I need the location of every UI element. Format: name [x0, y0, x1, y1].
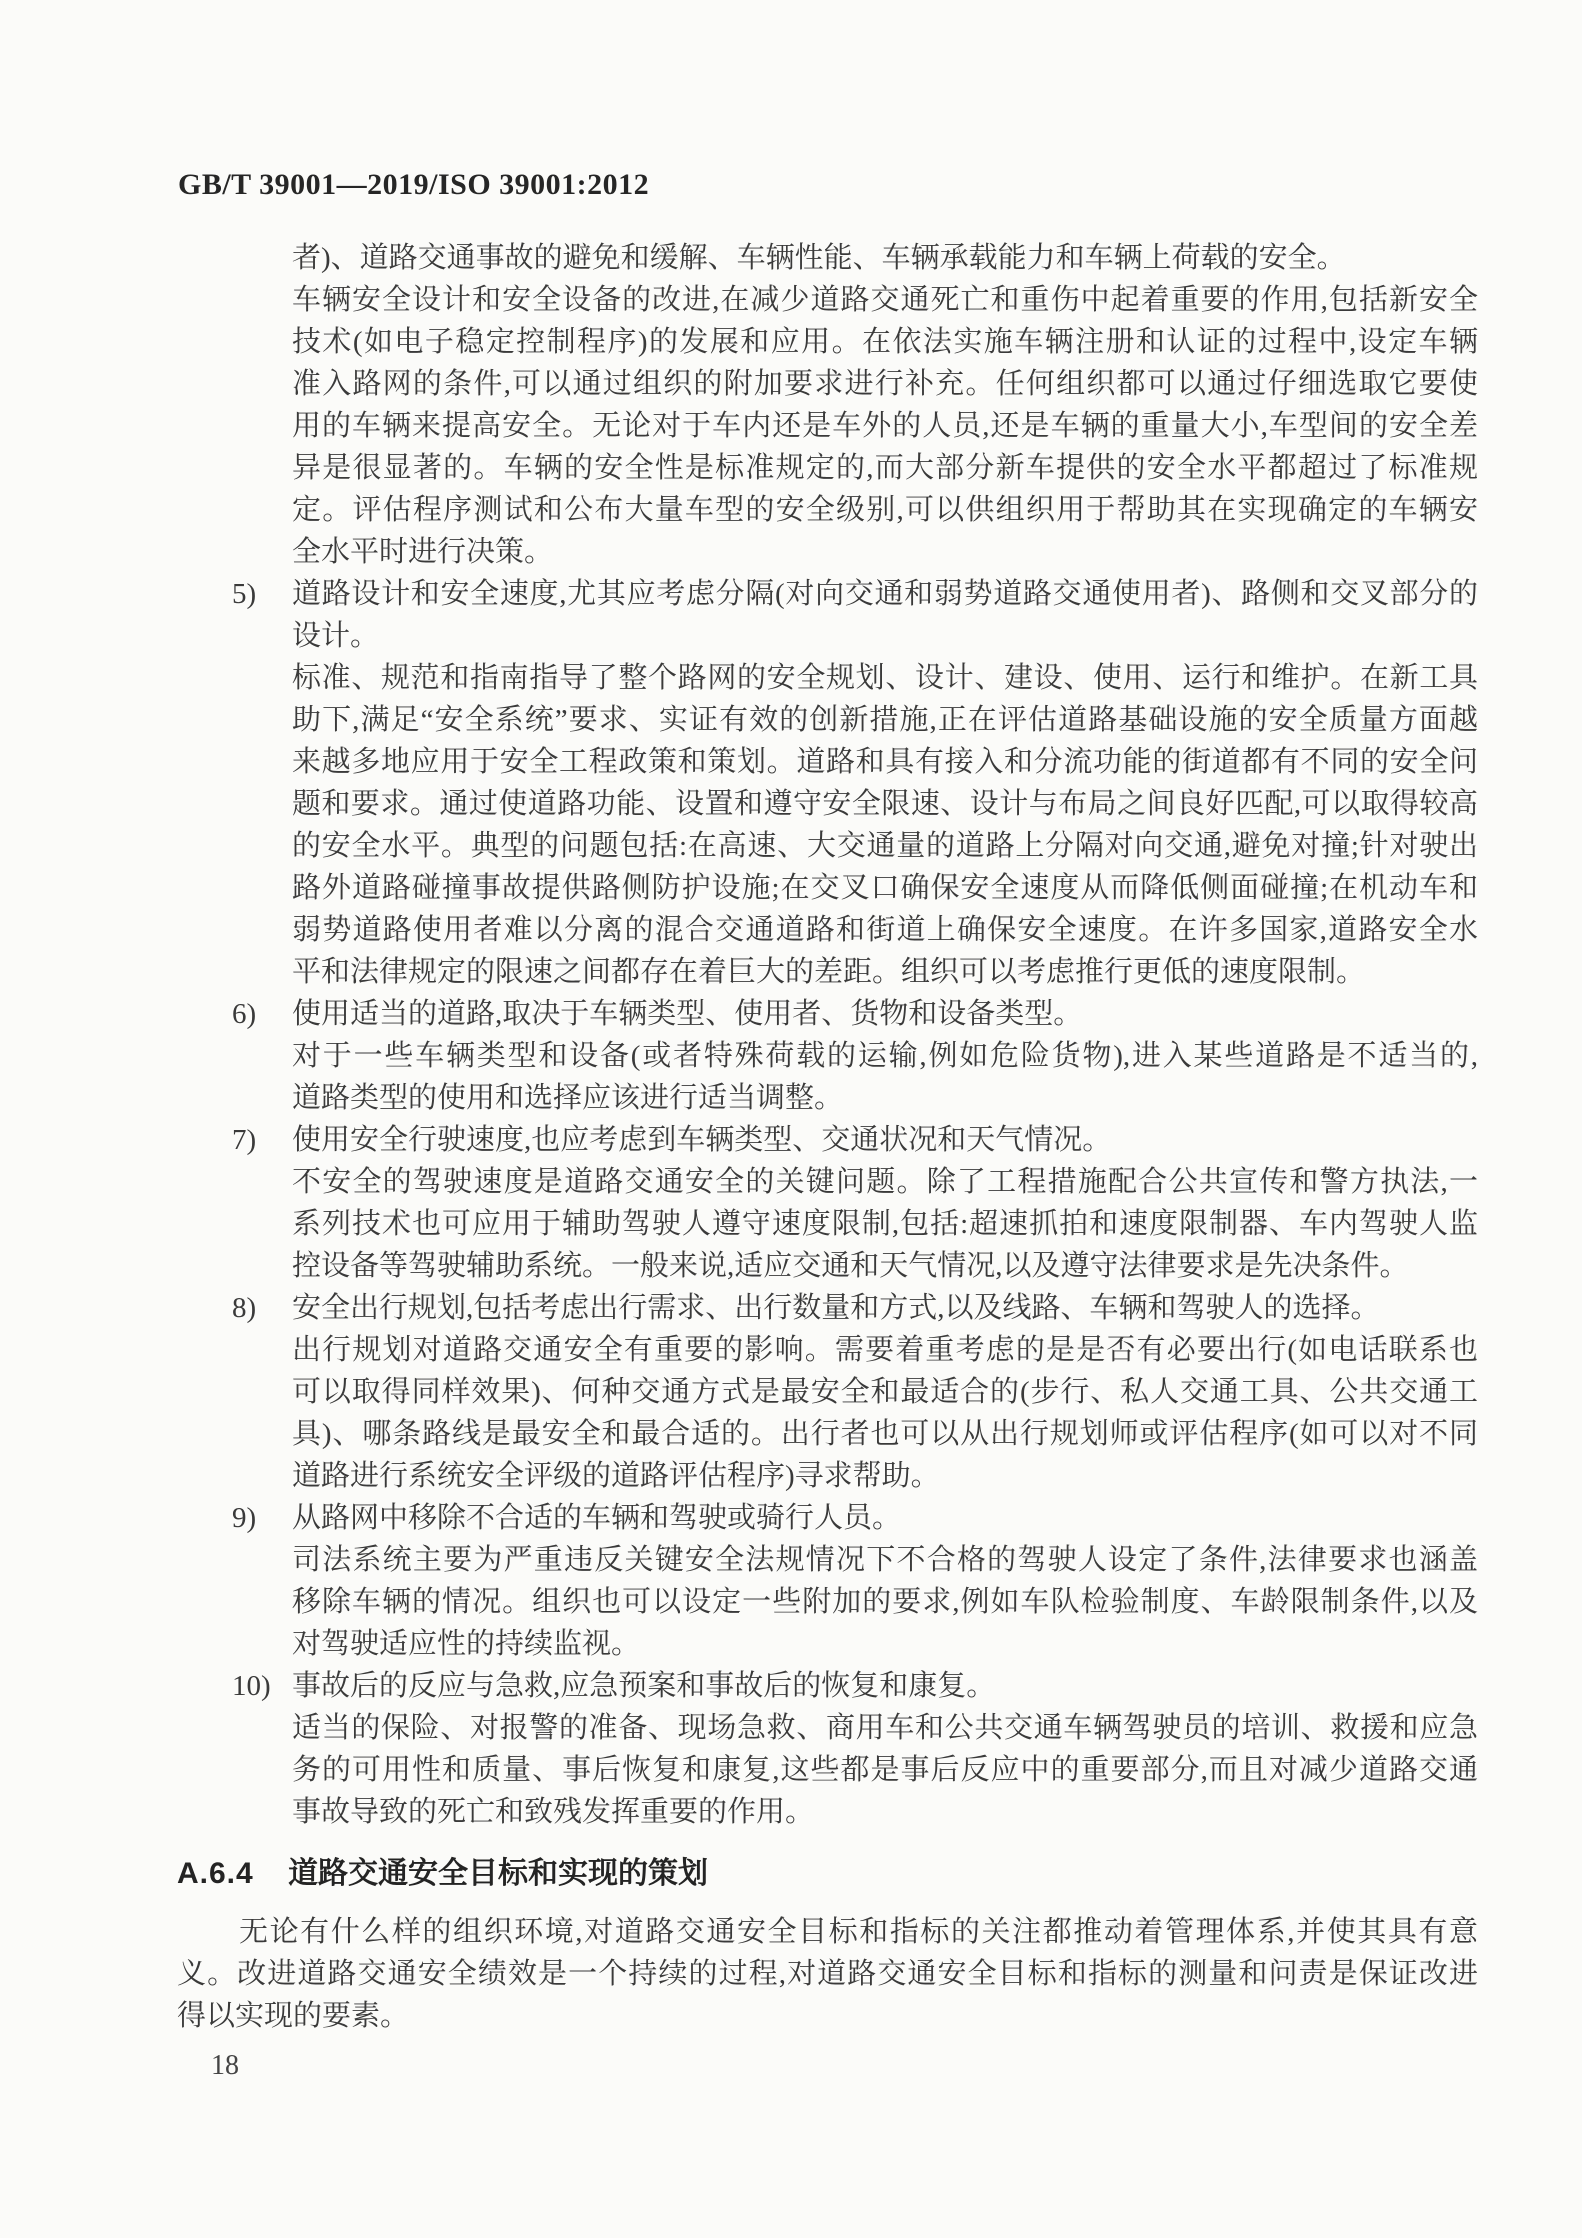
section-heading: A.6.4 道路交通安全目标和实现的策划 — [177, 1853, 1478, 1895]
line-text: 具)、哪条路线是最安全和最合适的。出行者也可以从出行规划师或评估程序(如可以对不… — [292, 1418, 1478, 1450]
list-item-line: 设计。 — [177, 615, 1478, 657]
line-text: 道路类型的使用和选择应该进行适当调整。 — [292, 1082, 843, 1114]
section-number: A.6.4 — [177, 1857, 254, 1890]
document-header: GB/T 39001—2019/ISO 39001:2012 — [178, 168, 649, 202]
list-item-line: 助下,满足“安全系统”要求、实证有效的创新措施,正在评估道路基础设施的安全质量方… — [177, 699, 1478, 741]
closing-paragraph-line: 义。改进道路交通安全绩效是一个持续的过程,对道路交通安全目标和指标的测量和问责是… — [177, 1953, 1478, 1995]
paragraph-line: 准入路网的条件,可以通过组织的附加要求进行补充。任何组织都可以通过仔细选取它要使 — [177, 363, 1478, 405]
line-text: 车辆安全设计和安全设备的改进,在减少道路交通死亡和重伤中起着重要的作用,包括新安… — [292, 284, 1478, 316]
line-text: 使用安全行驶速度,也应考虑到车辆类型、交通状况和天气情况。 — [292, 1124, 1111, 1156]
line-text: 可以取得同样效果)、何种交通方式是最安全和最适合的(步行、私人交通工具、公共交通… — [292, 1376, 1478, 1408]
list-item-line: 出行规划对道路交通安全有重要的影响。需要着重考虑的是是否有必要出行(如电话联系也 — [177, 1329, 1478, 1371]
line-text: 无论有什么样的组织环境,对道路交通安全目标和指标的关注都推动着管理体系,并使其具… — [239, 1916, 1478, 1948]
line-text: 平和法律规定的限速之间都存在着巨大的差距。组织可以考虑推行更低的速度限制。 — [292, 956, 1365, 988]
line-text: 事故后的反应与急救,应急预案和事故后的恢复和康复。 — [292, 1670, 995, 1702]
line-text: 事故导致的死亡和致残发挥重要的作用。 — [292, 1796, 814, 1828]
list-item-line: 司法系统主要为严重违反关键安全法规情况下不合格的驾驶人设定了条件,法律要求也涵盖 — [177, 1539, 1478, 1581]
list-item-number: 10) — [232, 1665, 290, 1707]
list-item-line: 的安全水平。典型的问题包括:在高速、大交通量的道路上分隔对向交通,避免对撞;针对… — [177, 825, 1478, 867]
list-item-line: 务的可用性和质量、事后恢复和康复,这些都是事后反应中的重要部分,而且对减少道路交… — [177, 1749, 1478, 1791]
closing-paragraph-line: 得以实现的要素。 — [177, 1995, 1478, 2037]
paragraph-line: 车辆安全设计和安全设备的改进,在减少道路交通死亡和重伤中起着重要的作用,包括新安… — [177, 279, 1478, 321]
line-text: 定。评估程序测试和公布大量车型的安全级别,可以供组织用于帮助其在实现确定的车辆安 — [292, 494, 1478, 526]
list-item-first-line: 7)使用安全行驶速度,也应考虑到车辆类型、交通状况和天气情况。 — [177, 1119, 1478, 1161]
list-item-line: 事故导致的死亡和致残发挥重要的作用。 — [177, 1791, 1478, 1833]
line-text: 设计。 — [292, 620, 379, 652]
list-item-line: 来越多地应用于安全工程政策和策划。道路和具有接入和分流功能的街道都有不同的安全问 — [177, 741, 1478, 783]
list-item-line: 弱势道路使用者难以分离的混合交通道路和街道上确保安全速度。在许多国家,道路安全水 — [177, 909, 1478, 951]
list-item-first-line: 9)从路网中移除不合适的车辆和驾驶或骑行人员。 — [177, 1497, 1478, 1539]
line-text: 道路进行系统安全评级的道路评估程序)寻求帮助。 — [292, 1460, 940, 1492]
line-text: 标准、规范和指南指导了整个路网的安全规划、设计、建设、使用、运行和维护。在新工具… — [292, 662, 1478, 699]
line-text: 得以实现的要素。 — [177, 2000, 409, 2032]
line-text: 义。改进道路交通安全绩效是一个持续的过程,对道路交通安全目标和指标的测量和问责是… — [177, 1958, 1478, 1990]
page-body: 者)、道路交通事故的避免和缓解、车辆性能、车辆承载能力和车辆上荷载的安全。车辆安… — [177, 237, 1478, 2087]
paragraph-line: 用的车辆来提高安全。无论对于车内还是车外的人员,还是车辆的重量大小,车型间的安全… — [177, 405, 1478, 447]
closing-paragraph-line: 无论有什么样的组织环境,对道路交通安全目标和指标的关注都推动着管理体系,并使其具… — [177, 1911, 1478, 1953]
line-text: 从路网中移除不合适的车辆和驾驶或骑行人员。 — [292, 1502, 901, 1534]
annex-body-text: 者)、道路交通事故的避免和缓解、车辆性能、车辆承载能力和车辆上荷载的安全。车辆安… — [177, 237, 1478, 1833]
list-item-line: 对于一些车辆类型和设备(或者特殊荷载的运输,例如危险货物),进入某些道路是不适当… — [177, 1035, 1478, 1077]
list-item-line: 不安全的驾驶速度是道路交通安全的关键问题。除了工程措施配合公共宣传和警方执法,一 — [177, 1161, 1478, 1203]
line-text: 弱势道路使用者难以分离的混合交通道路和街道上确保安全速度。在许多国家,道路安全水 — [292, 914, 1478, 946]
list-item-line: 路外道路碰撞事故提供路侧防护设施;在交叉口确保安全速度从而降低侧面碰撞;在机动车… — [177, 867, 1478, 909]
paragraph-line: 定。评估程序测试和公布大量车型的安全级别,可以供组织用于帮助其在实现确定的车辆安 — [177, 489, 1478, 531]
list-item-number: 6) — [232, 993, 290, 1035]
list-item-line: 道路类型的使用和选择应该进行适当调整。 — [177, 1077, 1478, 1119]
list-item-line: 平和法律规定的限速之间都存在着巨大的差距。组织可以考虑推行更低的速度限制。 — [177, 951, 1478, 993]
line-text: 异是很显著的。车辆的安全性是标准规定的,而大部分新车提供的安全水平都超过了标准规 — [292, 452, 1478, 484]
line-text: 路外道路碰撞事故提供路侧防护设施;在交叉口确保安全速度从而降低侧面碰撞;在机动车… — [292, 872, 1478, 904]
list-item-number: 8) — [232, 1287, 290, 1329]
line-text: 适当的保险、对报警的准备、现场急救、商用车和公共交通车辆驾驶员的培训、救援和应急… — [292, 1712, 1478, 1749]
list-item-line: 标准、规范和指南指导了整个路网的安全规划、设计、建设、使用、运行和维护。在新工具… — [177, 657, 1478, 699]
line-text: 不安全的驾驶速度是道路交通安全的关键问题。除了工程措施配合公共宣传和警方执法,一 — [292, 1166, 1478, 1198]
list-item-first-line: 6)使用适当的道路,取决于车辆类型、使用者、货物和设备类型。 — [177, 993, 1478, 1035]
line-text: 安全出行规划,包括考虑出行需求、出行数量和方式,以及线路、车辆和驾驶人的选择。 — [292, 1292, 1380, 1324]
list-item-line: 可以取得同样效果)、何种交通方式是最安全和最适合的(步行、私人交通工具、公共交通… — [177, 1371, 1478, 1413]
paragraph-line: 全水平时进行决策。 — [177, 531, 1478, 573]
list-item-line: 道路进行系统安全评级的道路评估程序)寻求帮助。 — [177, 1455, 1478, 1497]
line-text: 使用适当的道路,取决于车辆类型、使用者、货物和设备类型。 — [292, 998, 1082, 1030]
paragraph-line: 异是很显著的。车辆的安全性是标准规定的,而大部分新车提供的安全水平都超过了标准规 — [177, 447, 1478, 489]
list-item-line: 具)、哪条路线是最安全和最合适的。出行者也可以从出行规划师或评估程序(如可以对不… — [177, 1413, 1478, 1455]
line-text: 出行规划对道路交通安全有重要的影响。需要着重考虑的是是否有必要出行(如电话联系也 — [292, 1334, 1478, 1366]
line-text: 系列技术也可应用于辅助驾驶人遵守速度限制,包括:超速抓拍和速度限制器、车内驾驶人… — [292, 1208, 1478, 1240]
list-item-number: 5) — [232, 573, 290, 615]
list-item-first-line: 5)道路设计和安全速度,尤其应考虑分隔(对向交通和弱势道路交通使用者)、路侧和交… — [177, 573, 1478, 615]
list-item-line: 对驾驶适应性的持续监视。 — [177, 1623, 1478, 1665]
closing-paragraph: 无论有什么样的组织环境,对道路交通安全目标和指标的关注都推动着管理体系,并使其具… — [177, 1911, 1478, 2037]
line-text: 者)、道路交通事故的避免和缓解、车辆性能、车辆承载能力和车辆上荷载的安全。 — [292, 242, 1346, 274]
list-item-line: 系列技术也可应用于辅助驾驶人遵守速度限制,包括:超速抓拍和速度限制器、车内驾驶人… — [177, 1203, 1478, 1245]
paragraph-line: 者)、道路交通事故的避免和缓解、车辆性能、车辆承载能力和车辆上荷载的安全。 — [177, 237, 1478, 279]
line-text: 的安全水平。典型的问题包括:在高速、大交通量的道路上分隔对向交通,避免对撞;针对… — [292, 830, 1478, 862]
line-text: 题和要求。通过使道路功能、设置和遵守安全限速、设计与布局之间良好匹配,可以取得较… — [292, 788, 1478, 820]
list-item-number: 7) — [232, 1119, 290, 1161]
line-text: 移除车辆的情况。组织也可以设定一些附加的要求,例如车队检验制度、车龄限制条件,以… — [292, 1586, 1478, 1618]
line-text: 对驾驶适应性的持续监视。 — [292, 1628, 640, 1660]
list-item-first-line: 8)安全出行规划,包括考虑出行需求、出行数量和方式,以及线路、车辆和驾驶人的选择… — [177, 1287, 1478, 1329]
line-text: 司法系统主要为严重违反关键安全法规情况下不合格的驾驶人设定了条件,法律要求也涵盖 — [292, 1544, 1478, 1576]
line-text: 务的可用性和质量、事后恢复和康复,这些都是事后反应中的重要部分,而且对减少道路交… — [292, 1754, 1478, 1786]
list-item-line: 控设备等驾驶辅助系统。一般来说,适应交通和天气情况,以及遵守法律要求是先决条件。 — [177, 1245, 1478, 1287]
line-text: 全水平时进行决策。 — [292, 536, 553, 568]
list-item-line: 移除车辆的情况。组织也可以设定一些附加的要求,例如车队检验制度、车龄限制条件,以… — [177, 1581, 1478, 1623]
line-text: 技术(如电子稳定控制程序)的发展和应用。在依法实施车辆注册和认证的过程中,设定车… — [292, 326, 1478, 358]
page-number: 18 — [177, 2045, 1478, 2087]
list-item-line: 题和要求。通过使道路功能、设置和遵守安全限速、设计与布局之间良好匹配,可以取得较… — [177, 783, 1478, 825]
document-page: GB/T 39001—2019/ISO 39001:2012 者)、道路交通事故… — [0, 0, 1582, 2238]
line-text: 助下,满足“安全系统”要求、实证有效的创新措施,正在评估道路基础设施的安全质量方… — [292, 704, 1478, 736]
list-item-first-line: 10)事故后的反应与急救,应急预案和事故后的恢复和康复。 — [177, 1665, 1478, 1707]
paragraph-line: 技术(如电子稳定控制程序)的发展和应用。在依法实施车辆注册和认证的过程中,设定车… — [177, 321, 1478, 363]
line-text: 对于一些车辆类型和设备(或者特殊荷载的运输,例如危险货物),进入某些道路是不适当… — [292, 1040, 1478, 1072]
line-text: 用的车辆来提高安全。无论对于车内还是车外的人员,还是车辆的重量大小,车型间的安全… — [292, 410, 1478, 442]
line-text: 道路设计和安全速度,尤其应考虑分隔(对向交通和弱势道路交通使用者)、路侧和交叉部… — [292, 578, 1478, 610]
line-text: 准入路网的条件,可以通过组织的附加要求进行补充。任何组织都可以通过仔细选取它要使 — [292, 368, 1478, 400]
line-text: 控设备等驾驶辅助系统。一般来说,适应交通和天气情况,以及遵守法律要求是先决条件。 — [292, 1250, 1409, 1282]
list-item-line: 适当的保险、对报警的准备、现场急救、商用车和公共交通车辆驾驶员的培训、救援和应急… — [177, 1707, 1478, 1749]
line-text: 来越多地应用于安全工程政策和策划。道路和具有接入和分流功能的街道都有不同的安全问 — [292, 746, 1478, 778]
list-item-number: 9) — [232, 1497, 290, 1539]
section-title: 道路交通安全目标和实现的策划 — [288, 1857, 708, 1890]
